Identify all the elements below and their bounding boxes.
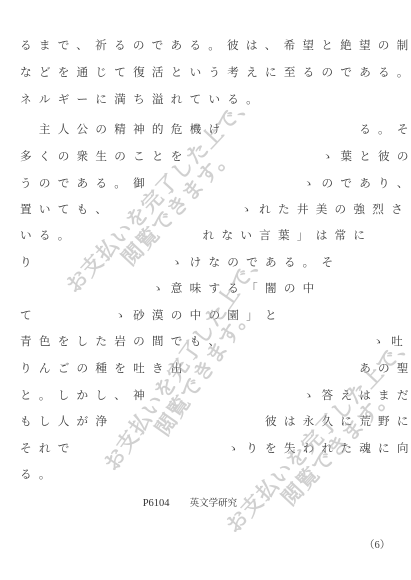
body-text-line: ゝ意味する「闇の中 魂の再生の場 bbox=[20, 280, 411, 296]
document-series-title: 英文学研究 bbox=[190, 498, 238, 509]
document-footer: P6104英文学研究 bbox=[130, 484, 237, 520]
body-text-line: と。しかし、神 ゝ答えはまだ聞こえか bbox=[20, 387, 411, 403]
body-text-line: それで ゝりを失われた魂に向 ゝあ bbox=[20, 440, 411, 456]
body-text-line: りんごの種を吐き出 あの聖女は祈るのだ bbox=[20, 360, 411, 376]
body-text-line: る。 bbox=[20, 466, 58, 482]
body-text-line: り ゝけなのである。そ ゝとがよぎ bbox=[20, 254, 411, 270]
document-page: るまで、祈るのである。彼は、希望と絶望の制限や進行の高まり などを通じて復活とい… bbox=[0, 0, 411, 580]
body-text-line: うのである。御 ゝのであり、宗教に こ bbox=[20, 175, 411, 191]
document-code: P6104 bbox=[143, 498, 170, 509]
body-text-line: ネルギーに満ち溢れている。 bbox=[20, 91, 265, 107]
body-text-line: などを通じて復活という考えに至るのである。この四部はそのエ bbox=[20, 64, 411, 80]
body-text-line: て ゝ砂漠の中の園」と ゝ場所や、マリアの bbox=[20, 307, 411, 323]
page-number: （6） bbox=[364, 537, 390, 552]
body-text-line: るまで、祈るのである。彼は、希望と絶望の制限や進行の高まり bbox=[20, 37, 411, 53]
body-text-line: 主人公の精神的危機け る。そこで彼は第五部で数 bbox=[20, 121, 411, 137]
body-text-line: もし人が浄 彼は永久に荒野にと bbox=[20, 413, 411, 429]
body-text-line: いる。 れない言葉」は常に ゝの周 bbox=[20, 227, 411, 243]
body-text-line: 青色をした岩の間でも、 ゝ吐き捨てるかのように bbox=[20, 333, 411, 349]
body-text-line: 置いても、 ゝれた井美の強烈さ く bbox=[20, 201, 411, 217]
body-text-line: 多くの衆生のことを ゝ葉と彼の心の声が対話を行 bbox=[20, 148, 411, 164]
